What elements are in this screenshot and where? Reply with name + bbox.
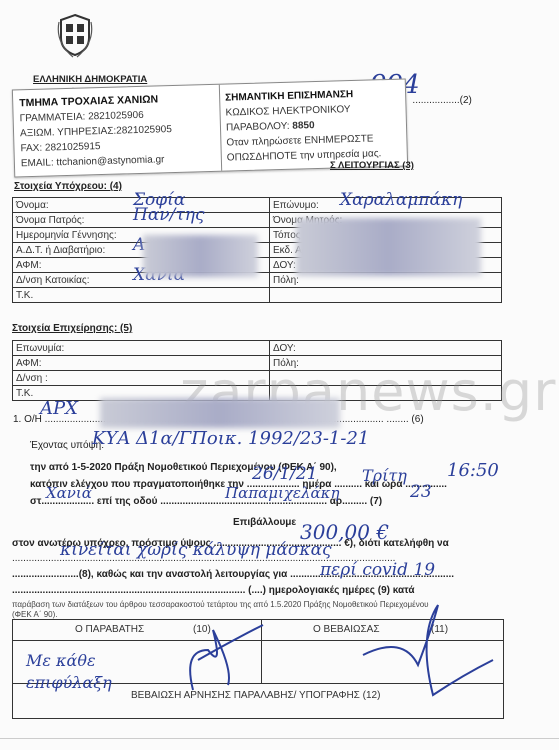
field-label: Όνομα Πατρός: [16,215,84,226]
person-right-cell: Επώνυμο:Χαραλαμπάκη [270,198,502,213]
inspection-date: 26/1/21 [252,464,318,484]
person-right-cell [270,288,502,303]
redacted-area [100,398,340,428]
field-label: Α.Δ.Τ. ή Διαβατήριο: [16,245,105,256]
day-value: Τρίτη [362,466,407,485]
offender-label: Ο ΠΑΡΑΒΑΤΗΣ [75,624,144,635]
offender-note: Με κάθε επιφύλαξη [26,650,136,694]
number-value: 23 [410,482,432,502]
field-label: Πόλη: [273,275,299,286]
field-label: ΑΦΜ: [16,358,41,369]
person-row: Τ.Κ. [13,288,502,303]
business-row: Επωνυμία:ΔΟΥ: [13,341,502,356]
redacted-area [143,235,258,277]
business-section-heading: Στοιχεία Επιχείρησης: (5) [12,323,132,334]
impose-heading: Επιβάλλουμε [233,517,296,528]
legal-note-2: (ΦΕΚ Α΄ 90). [12,610,58,619]
field-label: Δ/νση Κατοικίας: [16,275,90,286]
person-section-heading: Στοιχεία Υπόχρεου: (4) [14,181,122,192]
republic-title: ΕΛΛΗΝΙΚΗ ΔΗΜΟΚΡΑΤΙΑ [33,74,147,85]
officer-signature [343,595,503,705]
place-value: Χανιά [46,484,92,502]
field-label: Τ.Κ. [16,290,33,301]
business-right-cell: ΔΟΥ: [270,341,502,356]
person-row: Όνομα:ΣοφίαΕπώνυμο:Χαραλαμπάκη [13,198,502,213]
officer-hand: ΑΡΧ [40,398,78,419]
field-label: Επωνυμία: [16,343,64,354]
field-value: Παν/της [133,205,204,225]
greek-coat-of-arms-icon [55,12,95,58]
violation-hand-2: περί covid 19 [320,560,435,580]
notice-code: 8850 [292,120,315,132]
field-label: ΔΟΥ: [273,260,296,271]
operations-heading: Σ ΛΕΙΤΟΥΡΓΙΑΣ (3) [330,160,414,171]
field-label: Όνομα: [16,200,49,211]
protocol-suffix: .................(2) [412,95,471,106]
field-label: ΑΦΜ: [16,260,41,271]
violation-hand-1: κινείται χωρίς κάλυψη μάσκας [60,540,332,560]
field-label: Τ.Κ. [16,388,33,399]
time-value: 16:50 [447,460,499,481]
person-left-cell: Τ.Κ. [13,288,270,303]
offender-signature [163,610,273,700]
page-edge [0,738,559,739]
field-label: Επώνυμο: [273,200,319,211]
field-value: Χαραλαμπάκη [340,190,462,210]
considering-hand: ΚΥΑ Δ1α/ΓΠοικ. 1992/23-1-21 [92,428,369,449]
stamp-divider [219,85,222,171]
business-left-cell: Επωνυμία: [13,341,270,356]
street-value: Παπαμιχελάκη [225,484,339,502]
field-label: Δ/νση : [16,373,48,384]
person-left-cell: Όνομα Πατρός:Παν/της [13,213,270,228]
field-label: Ημερομηνία Γέννησης: [16,230,117,241]
field-label: ΔΟΥ: [273,343,296,354]
redacted-area [296,218,481,276]
